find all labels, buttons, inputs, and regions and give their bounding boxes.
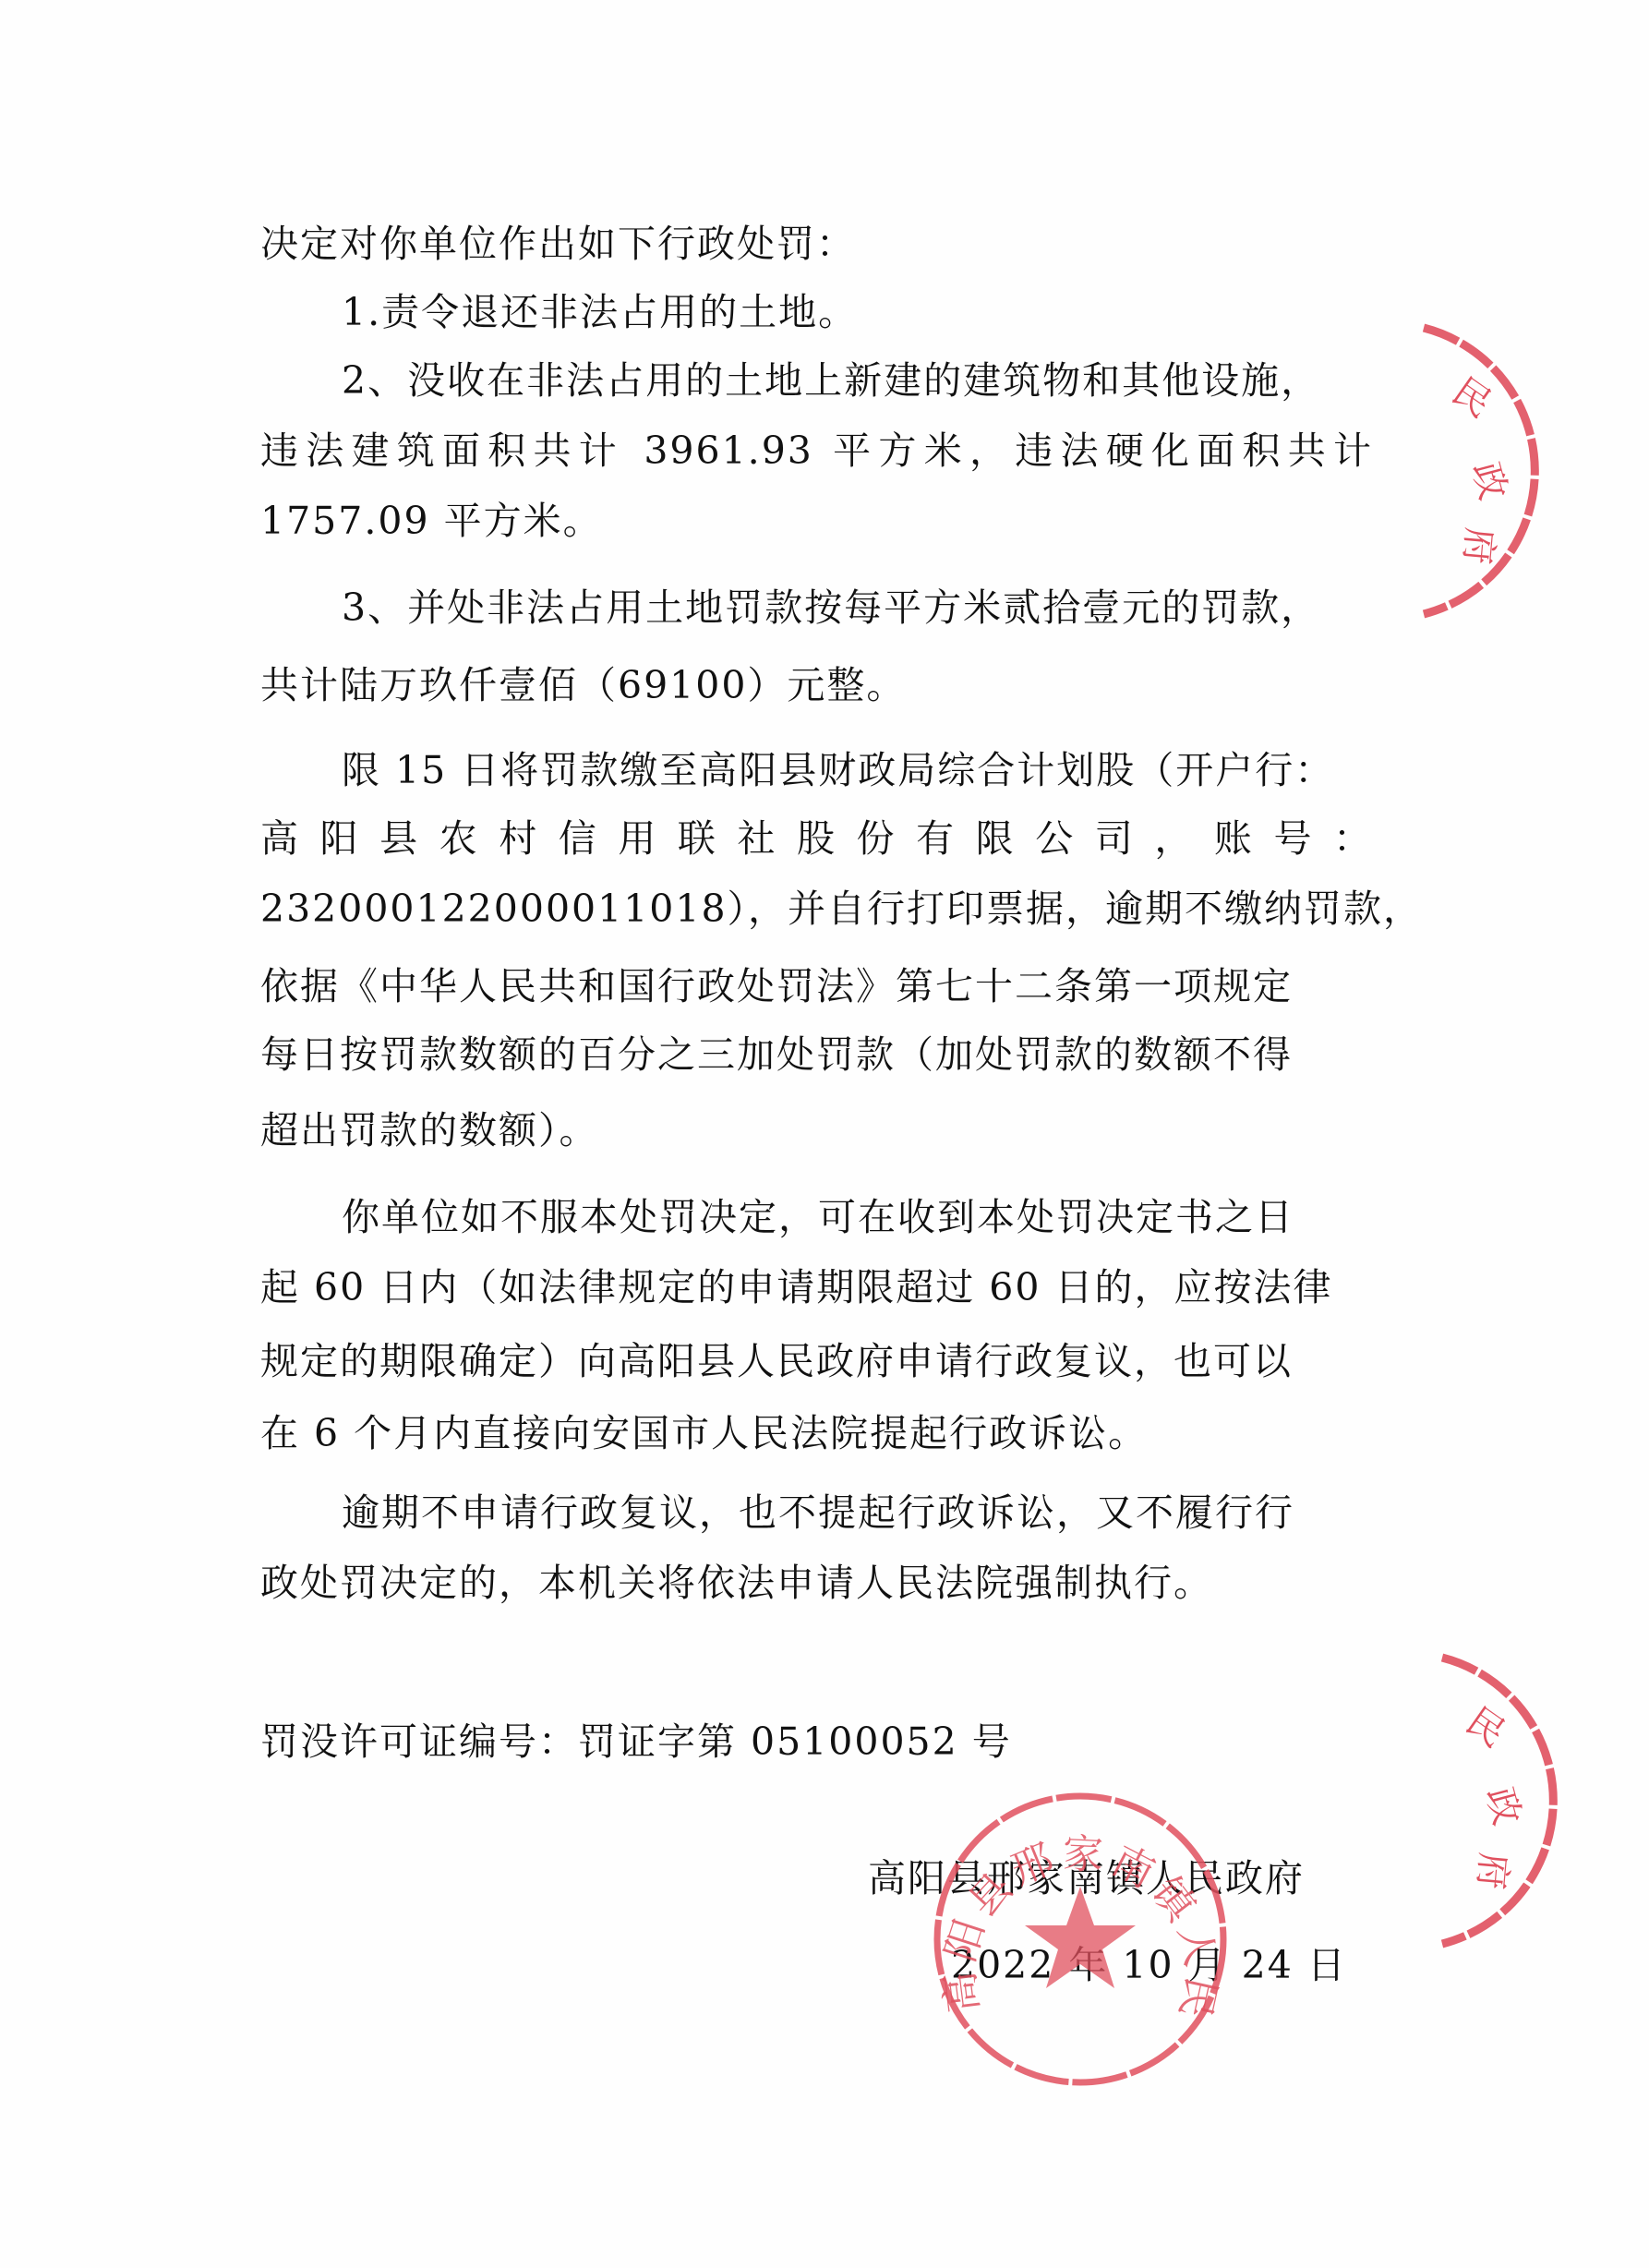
body-line: 超出罚款的数额）。 [260,1104,1373,1156]
body-line: 政处罚决定的，本机关将依法申请人民法院强制执行。 [260,1557,1373,1609]
issuer-name: 高阳县邢家南镇人民政府 [868,1852,1305,1904]
body-line: 违法建筑面积共计 3961.93 平方米，违法硬化面积共计 [260,425,1373,477]
issue-date: 2022 年 10 月 24 日 [951,1939,1347,1991]
body-line: 依据《中华人民共和国行政处罚法》第七十二条第一项规定 [260,960,1373,1012]
document-page: 决定对你单位作出如下行政处罚： 1.责令退还非法占用的土地。 2、没收在非法占用… [0,0,1649,2268]
body-line: 决定对你单位作出如下行政处罚： [260,218,1373,270]
body-line: 每日按罚款数额的百分之三加处罚款（加处罚款的数额不得 [260,1029,1373,1080]
body-line: 共计陆万玖仟壹佰（69100）元整。 [260,659,1373,711]
penalty-item-2: 2、没收在非法占用的土地上新建的建筑物和其他设施， [342,355,1373,406]
body-line: 232000122000011018），并自行打印票据，逾期不缴纳罚款， [260,883,1373,935]
seal-stamp-partial-top: 民 政 府 [1422,323,1551,619]
body-line: 高阳县农村信用联社股份有限公司，账号： [260,813,1373,864]
payment-paragraph: 限 15 日将罚款缴至高阳县财政局综合计划股（开户行： [342,744,1373,796]
svg-text:政: 政 [1463,458,1514,505]
appeal-paragraph: 你单位如不服本处罚决定，可在收到本处罚决定书之日 [342,1191,1373,1243]
svg-text:民: 民 [1444,370,1499,427]
license-number: 罚没许可证编号：罚证字第 05100052 号 [260,1716,1373,1767]
body-line: 1757.09 平方米。 [260,495,1373,547]
enforcement-paragraph: 逾期不申请行政复议，也不提起行政诉讼，又不履行行 [342,1487,1373,1538]
body-line: 在 6 个月内直接向安国市人民法院提起行政诉讼。 [260,1407,1373,1459]
svg-text:府: 府 [1470,1851,1515,1891]
seal-stamp-partial-bottom: 民 政 府 [1440,1653,1570,1948]
penalty-item-1: 1.责令退还非法占用的土地。 [342,286,1373,338]
body-line: 起 60 日内（如法律规定的申请期限超过 60 日的，应按法律 [260,1261,1373,1313]
svg-text:政: 政 [1477,1783,1528,1830]
svg-text:民: 民 [1458,1700,1512,1756]
svg-text:高阳县邢家南镇人民政府: 高阳县邢家南镇人民政府 [928,1787,1225,2028]
penalty-item-3: 3、并处非法占用土地罚款按每平方米贰拾壹元的罚款， [342,582,1373,633]
body-line: 规定的期限确定）向高阳县人民政府申请行政复议，也可以 [260,1335,1373,1387]
svg-text:府: 府 [1456,525,1501,566]
